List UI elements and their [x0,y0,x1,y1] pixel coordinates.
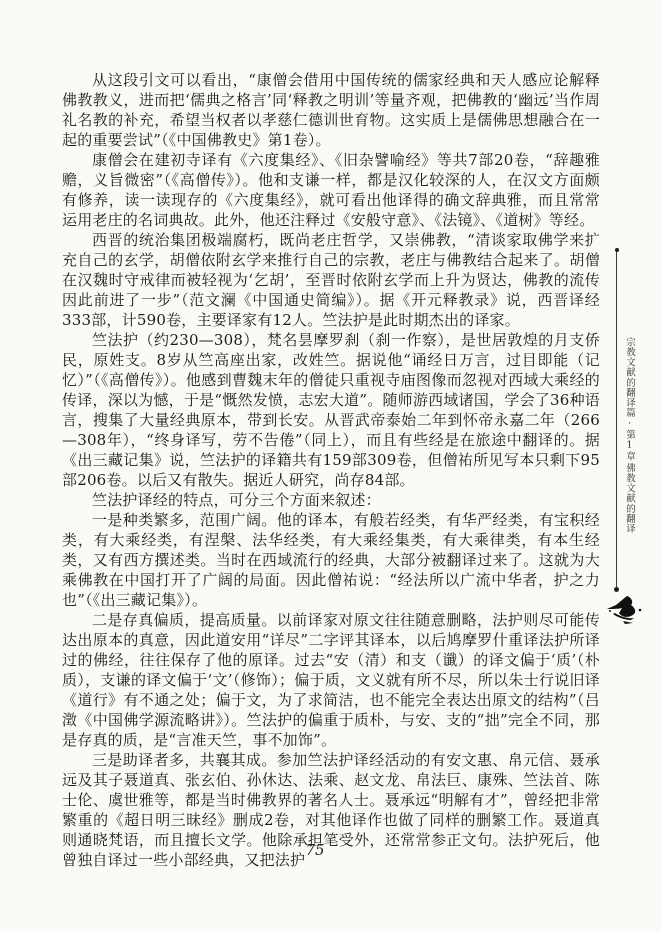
paragraph: 西晋的统治集团极端腐朽，既尚老庄哲学，又崇佛教，“清谈家取佛学来扩充自己的玄学，… [62,230,600,330]
paragraph: 从这段引文可以看出，“康僧会借用中国传统的儒家经典和天人感应论解释佛教教义，进而… [62,70,600,150]
paragraph: 康僧会在建初寺译有《六度集经》、《旧杂譬喻经》等共7部20卷，“辞趣雅赡，义旨微… [62,150,600,230]
margin-caption-section: 宗教文献的翻译篇·第1章 [620,337,638,461]
paragraph: 二是存真偏质，提高质量。以前译家对原文往往随意删略，法护则尽可能传达出原本的真意… [62,610,600,750]
page-number: 75 [293,841,337,859]
margin-caption-chapter: 佛教文献的翻译 [620,463,638,534]
book-page: 从这段引文可以看出，“康僧会借用中国传统的儒家经典和天人感应论解释佛教教义，进而… [0,0,661,932]
margin-rule-line [616,251,617,588]
body-text: 从这段引文可以看出，“康僧会借用中国传统的儒家经典和天人感应论解释佛教教义，进而… [62,70,600,870]
paragraph: 一是种类繁多，范围广阔。他的译本，有般若经类，有华严经类，有宝积经类，有大乘经类… [62,510,600,610]
paragraph: 竺法护（约230—308），梵名昙摩罗刹（刹一作察），是世居敦煌的月支侨民，原姓… [62,330,600,490]
paragraph: 竺法护译经的特点，可分三个方面来叙述： [62,490,600,510]
ink-blot-icon [603,594,647,630]
